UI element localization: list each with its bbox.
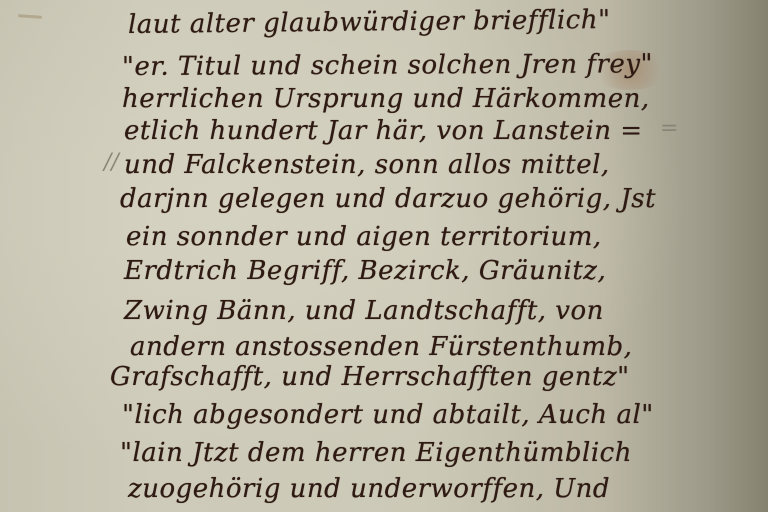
text-line-2: "er. Titul und schein solchen Jren frey" — [122, 49, 653, 82]
text-line-13: "lain Jtzt dem herren Eigenthümblich — [120, 438, 632, 468]
text-line-8: Erdtrich Begriff, Bezirck, Gräunitz, — [124, 256, 606, 286]
text-line-6: darjnn gelegen und darzuo gehörig, Jst — [120, 184, 656, 214]
text-line-5: und Falckenstein, sonn allos mittel, — [124, 150, 610, 180]
text-line-14: zuogehörig und underworffen, Und — [128, 474, 610, 504]
manuscript-page: ​ laut alter glaubwürdiger briefflich" "… — [0, 0, 768, 512]
text-line-1: laut alter glaubwürdiger briefflich" — [128, 5, 611, 40]
text-line-3: herrlichen Ursprung und Härkommen, — [122, 84, 650, 114]
text-line-4: etlich hundert Jar här, von Lanstein = — [124, 116, 643, 146]
margin-mark-equals: = — [660, 116, 678, 141]
text-line-11: Grafschafft, und Herrschafften gentz" — [110, 362, 630, 392]
text-line-9: Zwing Bänn, und Landtschafft, von — [124, 296, 604, 326]
text-line-7: ein sonnder und aigen territorium, — [126, 222, 602, 252]
pencil-mark — [18, 14, 42, 19]
text-line-12: "lich abgesondert und abtailt, Auch al" — [122, 400, 654, 430]
margin-mark-slashes: // — [104, 150, 119, 175]
text-line-10: andern anstossenden Fürstenthumb, — [130, 332, 632, 362]
